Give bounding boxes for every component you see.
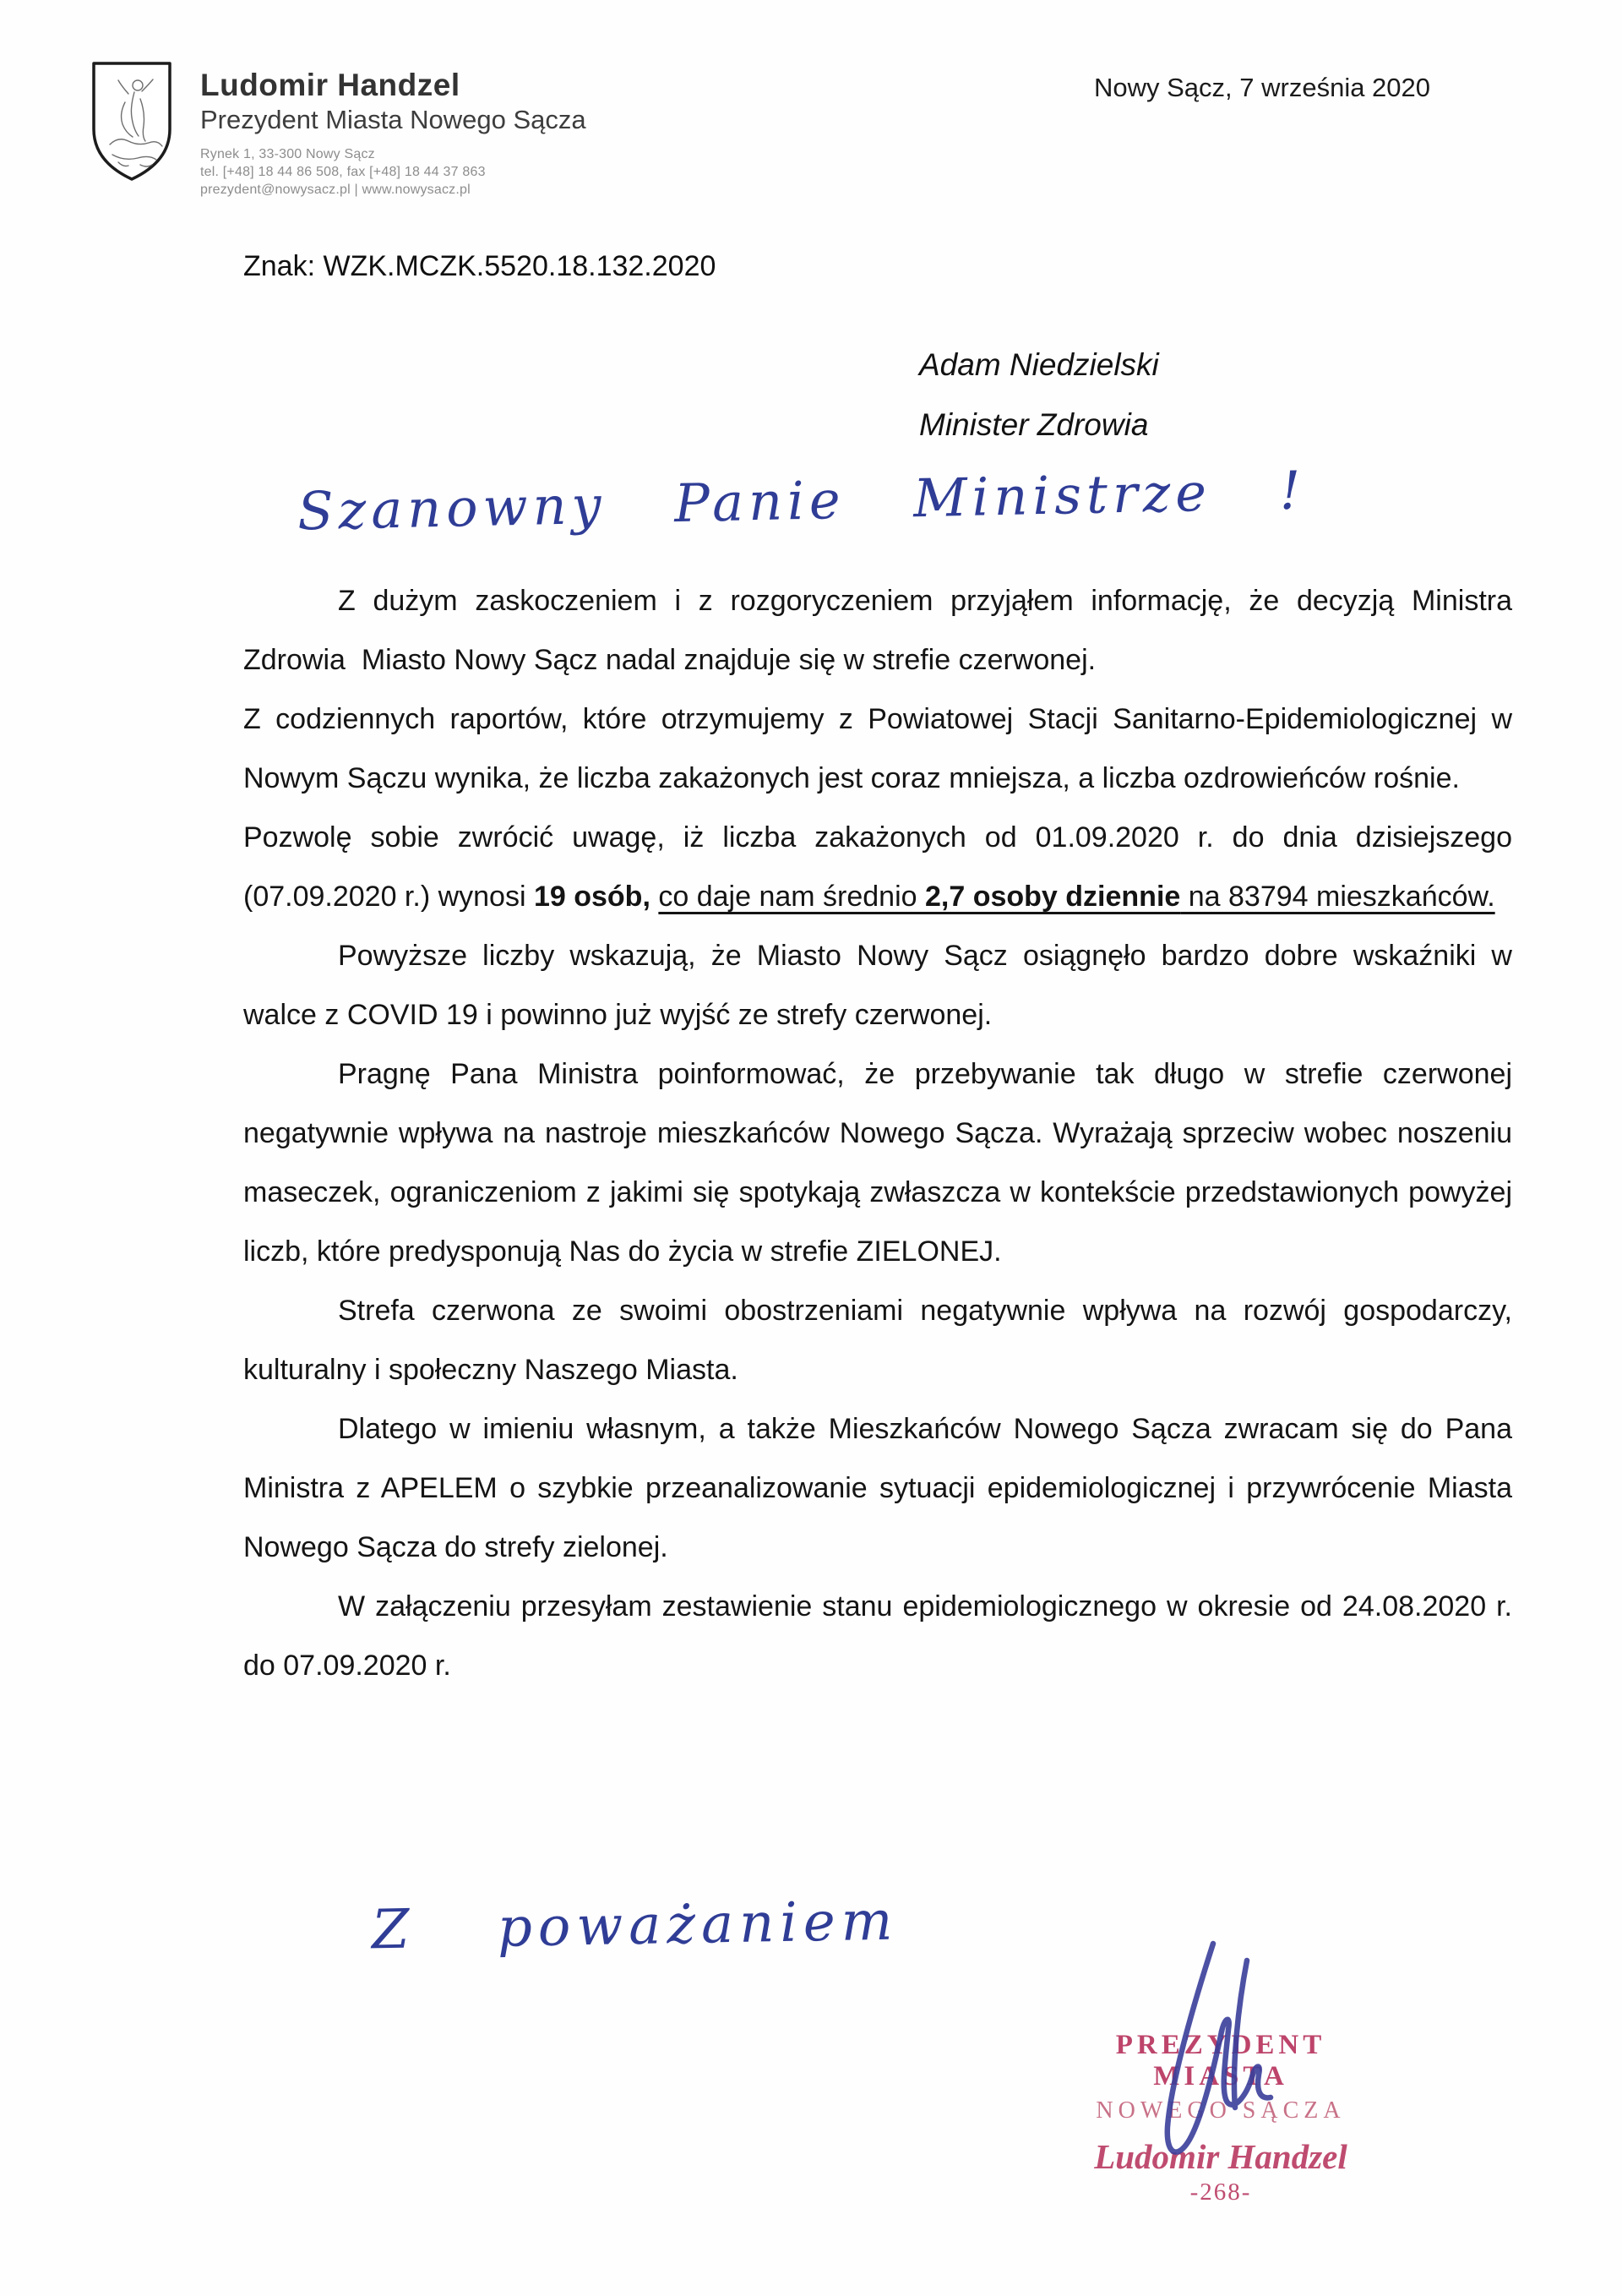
body-text-run: Strefa czerwona ze swoimi obostrzeniami … (243, 1295, 1512, 1386)
signature-icon (1147, 1937, 1299, 2186)
letter-page: Ludomir Handzel Prezydent Miasta Nowego … (0, 0, 1622, 2296)
body-text-run: Powyższe liczby wskazują, że Miasto Nowy… (243, 940, 1512, 1031)
body-paragraph: Pozwolę sobie zwrócić uwagę, iż liczba z… (243, 808, 1512, 926)
body-text-run: na 83794 mieszkańców. (1180, 881, 1494, 913)
reference-number: Znak: WZK.MCZK.5520.18.132.2020 (243, 250, 716, 283)
addressee-block: Adam Niedzielski Minister Zdrowia (919, 335, 1159, 455)
sender-address: Rynek 1, 33-300 Nowy Sącz (200, 145, 586, 163)
handwritten-closing: Z poważaniem (371, 1890, 899, 1962)
body-text-run (650, 881, 658, 913)
coat-of-arms-icon (90, 60, 174, 183)
body-paragraph: Z codziennych raportów, które otrzymujem… (243, 690, 1512, 808)
letterhead: Ludomir Handzel Prezydent Miasta Nowego … (200, 68, 586, 199)
body-text-run: 19 osób, (534, 881, 650, 913)
body-paragraph: Z dużym zaskoczeniem i z rozgoryczeniem … (243, 571, 1512, 690)
body-text-run: Z codziennych raportów, które otrzymujem… (243, 703, 1512, 794)
body-text-run: co daje nam średnio (658, 881, 925, 913)
sender-contact: Rynek 1, 33-300 Nowy Sącz tel. [+48] 18 … (200, 145, 586, 199)
sender-title: Prezydent Miasta Nowego Sącza (200, 103, 586, 137)
letter-body: Z dużym zaskoczeniem i z rozgoryczeniem … (243, 571, 1512, 1695)
body-text-run: Z dużym zaskoczeniem i z rozgoryczeniem … (243, 585, 1512, 676)
dateline: Nowy Sącz, 7 września 2020 (1094, 73, 1430, 103)
handwritten-greeting: Szanowny Panie Ministrze ! (297, 460, 1306, 543)
body-paragraph: Dlatego w imieniu własnym, a także Miesz… (243, 1399, 1512, 1577)
sender-email-web: prezydent@nowysacz.pl | www.nowysacz.pl (200, 181, 586, 199)
addressee-name: Adam Niedzielski (919, 335, 1159, 395)
body-paragraph: Pragnę Pana Ministra poinformować, że pr… (243, 1044, 1512, 1281)
body-text-run: Pragnę Pana Ministra poinformować, że pr… (243, 1058, 1512, 1268)
body-text-run: Dlatego w imieniu własnym, a także Miesz… (243, 1413, 1512, 1563)
body-paragraph: W załączeniu przesyłam zestawienie stanu… (243, 1577, 1512, 1695)
body-text-run: W załączeniu przesyłam zestawienie stanu… (243, 1590, 1512, 1682)
sender-name: Ludomir Handzel (200, 68, 586, 103)
body-paragraph: Powyższe liczby wskazują, że Miasto Nowy… (243, 926, 1512, 1044)
body-text-run: 2,7 osoby dziennie (925, 881, 1180, 913)
body-paragraph: Strefa czerwona ze swoimi obostrzeniami … (243, 1281, 1512, 1399)
addressee-title: Minister Zdrowia (919, 395, 1159, 455)
sender-phone-fax: tel. [+48] 18 44 86 508, fax [+48] 18 44… (200, 163, 586, 181)
